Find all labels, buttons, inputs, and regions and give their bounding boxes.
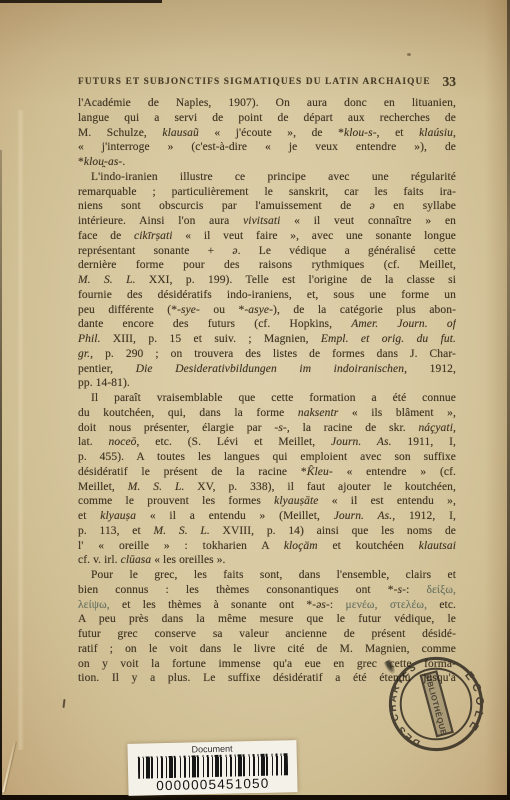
text-line: p. 113, et M. S. L. XVIII, p. 14) ainsi … xyxy=(78,524,456,539)
text-line: M. S. L. XXI, p. 199). Telle est l'origi… xyxy=(78,273,456,288)
svg-text:ECOLE: ECOLE xyxy=(462,669,485,736)
text-line: futur grec conserve sa valeur ancienne d… xyxy=(78,627,456,642)
text-line: lat. noceō, etc. (S. Lévi et Meillet, Jo… xyxy=(78,435,456,450)
text-line: peu différente (*-sye- ou *-asye-), de l… xyxy=(78,303,456,318)
text-line: remarquable ; particulièrement le sanskr… xyxy=(78,185,456,200)
text-line: M. Schulze, klausaũ « j'écoute », de *kl… xyxy=(78,126,456,141)
library-stamp: ECOLE DES CHARTES BIBLIOTHÈQUE xyxy=(387,655,485,753)
text-line: l' « oreille » : tokharien A kloçäm et k… xyxy=(78,539,456,554)
text-line: et klyauṣa « il a entendu » (Meillet, Jo… xyxy=(78,509,456,524)
text-line: dernière forme pour des raisons rythmiqu… xyxy=(78,258,456,273)
paragraph: L'indo-iranien illustre ce principe avec… xyxy=(78,170,456,391)
text-line: p. 455). A toutes les langues qui emploi… xyxy=(78,450,456,465)
scan-edge-left xyxy=(0,150,2,800)
paragraph: Il paraît vraisemblable que cette format… xyxy=(78,391,456,568)
text-line: fournie des désidératifs indo-iraniens, … xyxy=(78,288,456,303)
scan-edge-top xyxy=(0,0,162,3)
text-line: désidératif le présent de la racine *K̑l… xyxy=(78,465,456,480)
text-line: Il paraît vraisemblable que cette format… xyxy=(78,391,456,406)
text-line: du koutchéen, qui, dans la forme naksent… xyxy=(78,406,456,421)
running-header: FUTURS ET SUBJONCTIFS SIGMATIQUES DU LAT… xyxy=(78,77,456,87)
text-line: dante encore des futurs (cf. Hopkins, Am… xyxy=(78,317,456,332)
paper-crease xyxy=(2,741,16,792)
text-line: Phil. XIII, p. 15 et suiv. ; Magnien, Em… xyxy=(78,332,456,347)
text-line: doit nous présenter, élargie par -s-, la… xyxy=(78,421,456,436)
text-line: Meillet, M. S. L. XV, p. 338), il faut a… xyxy=(78,480,456,495)
barcode-number: 0000005451050 xyxy=(128,775,297,795)
paragraph: l'Académie de Naples, 1907). On aura don… xyxy=(78,96,456,170)
body-text: l'Académie de Naples, 1907). On aura don… xyxy=(78,96,456,686)
text-line: pentier, Die Desiderativbildungen im ind… xyxy=(78,362,456,377)
text-line: représentant sonante + ə. Le védique a g… xyxy=(78,244,456,259)
paper-streak xyxy=(17,110,24,750)
text-line: *klou̯-as-. xyxy=(78,155,456,170)
page-number: 33 xyxy=(443,77,457,87)
ink-tick xyxy=(62,699,65,708)
scan-edge-bottom xyxy=(0,795,510,800)
text-line: niens sont obscurcis par l'amuissement d… xyxy=(78,199,456,214)
text-line: L'indo-iranien illustre ce principe avec… xyxy=(78,170,456,185)
text-line: A peu près dans la même mesure que le fu… xyxy=(78,612,456,627)
text-line: face de cikīrṣati « il veut faire », ave… xyxy=(78,229,456,244)
text-line: gr., p. 290 ; on trouvera des listes de … xyxy=(78,347,456,362)
text-line: bien connus : les thèmes consonantiques … xyxy=(78,583,456,598)
barcode-label: Document 0000005451050 xyxy=(127,740,297,796)
scanned-book-page: FUTURS ET SUBJONCTIFS SIGMATIQUES DU LAT… xyxy=(0,0,510,800)
stamp-arc-top-text: ECOLE xyxy=(462,669,485,736)
ink-speck xyxy=(407,53,411,56)
text-line: comme le prouvent les formes klyauṣāte «… xyxy=(78,494,456,509)
text-line: l'Académie de Naples, 1907). On aura don… xyxy=(78,96,456,111)
text-line: cf. v. irl. clūasa « les oreilles ». xyxy=(78,553,456,568)
text-line: langue qui a servi de point de départ au… xyxy=(78,111,456,126)
running-title: FUTURS ET SUBJONCTIFS SIGMATIQUES DU LAT… xyxy=(78,77,431,87)
text-line: « j'interroge » (c'est-à-dire « je veux … xyxy=(78,140,456,155)
text-line: intérieure. Ainsi l'on aura vivitsati « … xyxy=(78,214,456,229)
text-line: pp. 14-81). xyxy=(78,376,456,391)
text-line: λείψω, et les thèmes à sonante ont *-əs-… xyxy=(78,598,456,613)
text-line: Pour le grec, les faits sont, dans l'ens… xyxy=(78,568,456,583)
